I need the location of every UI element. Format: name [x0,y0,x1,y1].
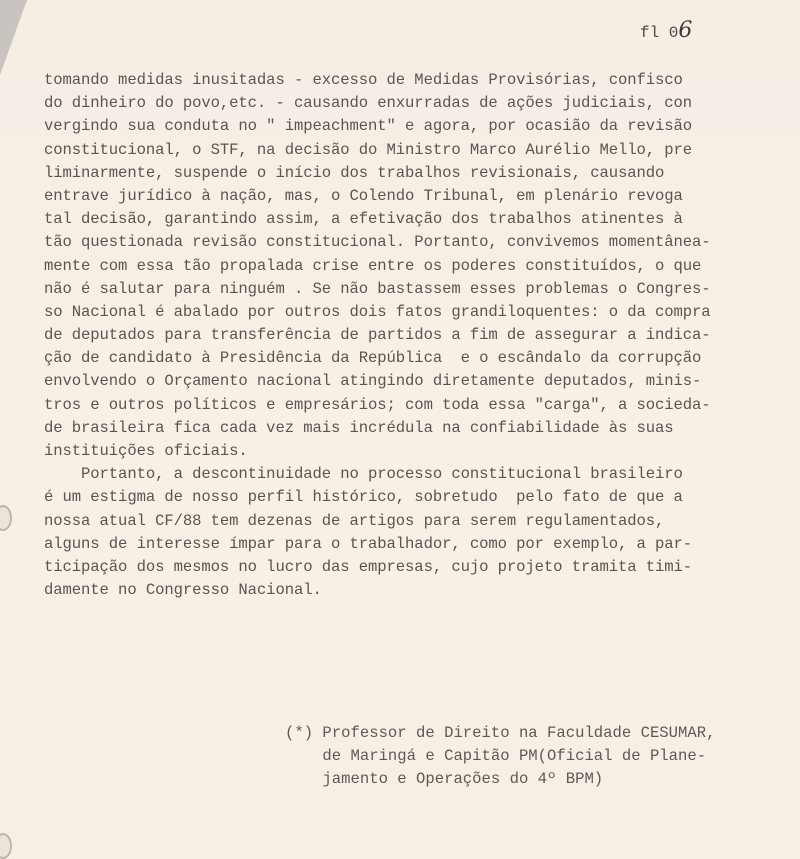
text-line: tal decisão, garantindo assim, a efetiva… [44,208,784,231]
author-footnote: (*) Professor de Direito na Faculdade CE… [285,722,715,792]
punch-hole [0,505,12,531]
footnote-line: jamento e Operações do 4º BPM) [285,768,715,791]
footnote-line: (*) Professor de Direito na Faculdade CE… [285,722,715,745]
text-line: so Nacional é abalado por outros dois fa… [44,301,784,324]
text-line: vergindo sua conduta no " impeachment" e… [44,115,784,138]
folio-label: fl 0 [640,24,678,42]
text-line: não é salutar para ninguém . Se não bast… [44,278,784,301]
text-line: nossa atual CF/88 tem dezenas de artigos… [44,510,784,533]
text-line: tros e outros políticos e empresários; c… [44,394,784,417]
text-line: de brasileira fica cada vez mais incrédu… [44,417,784,440]
punch-hole [0,833,12,859]
text-line: mente com essa tão propalada crise entre… [44,255,784,278]
text-line: liminarmente, suspende o início dos trab… [44,162,784,185]
text-line: alguns de interesse ímpar para o trabalh… [44,533,784,556]
text-line: constitucional, o STF, na decisão do Min… [44,139,784,162]
text-line: ticipação dos mesmos no lucro das empres… [44,556,784,579]
document-page: fl 06 tomando medidas inusitadas - exces… [0,0,800,859]
text-line: entrave jurídico à nação, mas, o Colendo… [44,185,784,208]
text-line: instituições oficiais. [44,440,784,463]
text-line: de deputados para transferência de parti… [44,324,784,347]
text-line: envolvendo o Orçamento nacional atingind… [44,370,784,393]
folio-number: fl 06 [640,18,692,43]
footnote-line: de Maringá e Capitão PM(Oficial de Plane… [285,745,715,768]
folio-handwritten-digit: 6 [678,18,692,43]
text-line: é um estigma de nosso perfil histórico, … [44,486,784,509]
text-line: ção de candidato à Presidência da Repúbl… [44,347,784,370]
text-line: do dinheiro do povo,etc. - causando enxu… [44,92,784,115]
text-line: tomando medidas inusitadas - excesso de … [44,69,784,92]
text-line: Portanto, a descontinuidade no processo … [44,463,784,486]
text-line: tão questionada revisão constitucional. … [44,231,784,254]
folded-corner [0,0,27,75]
text-line: damente no Congresso Nacional. [44,579,784,602]
body-text: tomando medidas inusitadas - excesso de … [44,69,784,602]
